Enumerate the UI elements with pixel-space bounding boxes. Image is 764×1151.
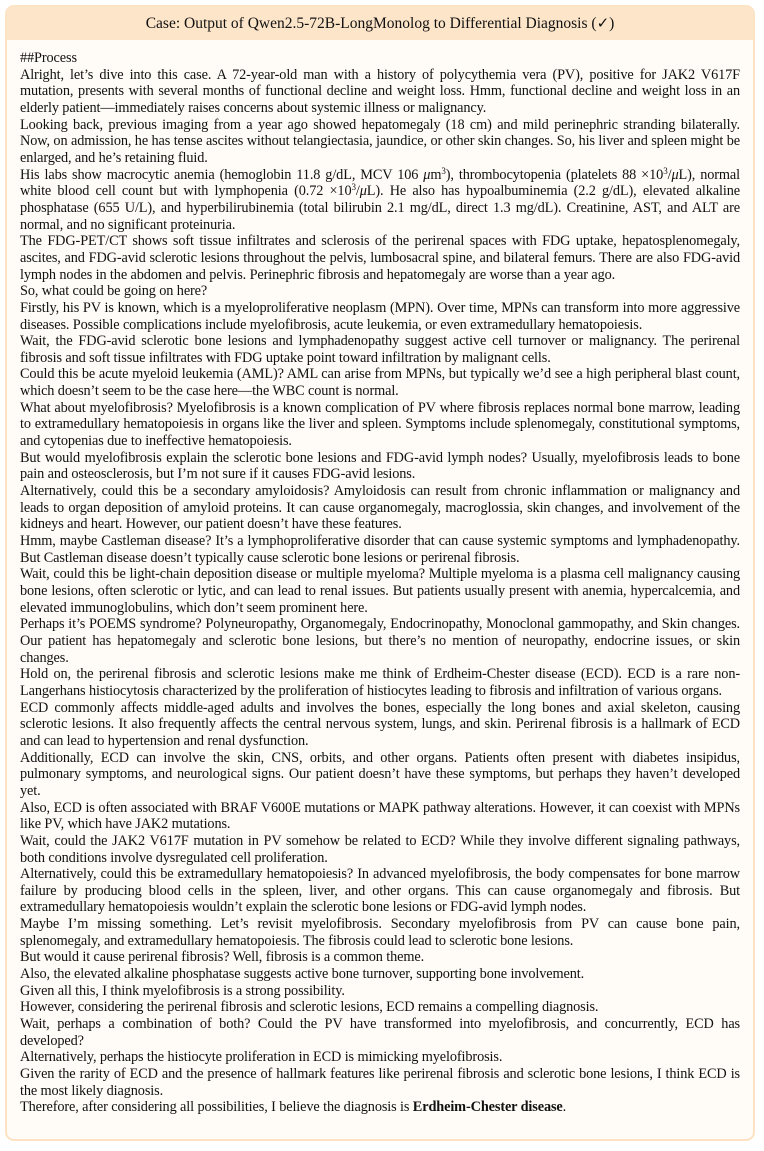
paragraph: Perhaps it’s POEMS syndrome? Polyneuropa… <box>20 616 740 666</box>
paragraph: Firstly, his PV is known, which is a mye… <box>20 300 740 333</box>
paragraph: Also, the elevated alkaline phosphatase … <box>20 966 740 983</box>
labs-text: ), thrombocytopenia (platelets 88 ×10 <box>446 167 663 183</box>
paragraph: Could this be acute myeloid leukemia (AM… <box>20 366 740 399</box>
paragraph: Given all this, I think myelofibrosis is… <box>20 983 740 1000</box>
paragraph: Alternatively, could this be a secondary… <box>20 483 740 533</box>
case-header: Case: Output of Qwen2.5-72B-LongMonolog … <box>7 7 753 40</box>
paragraph: Alternatively, perhaps the histiocyte pr… <box>20 1049 740 1066</box>
paragraph: Looking back, previous imaging from a ye… <box>20 117 740 167</box>
case-title: Case: Output of Qwen2.5-72B-LongMonolog … <box>146 15 597 32</box>
section-heading: ##Process <box>20 50 740 67</box>
unit-m: m <box>430 167 441 183</box>
paragraph: Additionally, ECD can involve the skin, … <box>20 750 740 800</box>
paragraph-labs: His labs show macrocytic anemia (hemoglo… <box>20 167 740 234</box>
paragraph: But would it cause perirenal fibrosis? W… <box>20 949 740 966</box>
case-card: Case: Output of Qwen2.5-72B-LongMonolog … <box>5 5 755 1141</box>
paragraph: Wait, the FDG-avid sclerotic bone lesion… <box>20 333 740 366</box>
case-title-close: ) <box>609 15 614 32</box>
paragraph: What about myelofibrosis? Myelofibrosis … <box>20 400 740 450</box>
paragraph: Also, ECD is often associated with BRAF … <box>20 800 740 833</box>
mu-symbol: μ <box>671 167 678 183</box>
paragraph: But would myelofibrosis explain the scle… <box>20 450 740 483</box>
final-period: . <box>563 1099 566 1115</box>
labs-text: His labs show macrocytic anemia (hemoglo… <box>20 167 423 183</box>
paragraph: Given the rarity of ECD and the presence… <box>20 1066 740 1099</box>
paragraph: Hold on, the perirenal fibrosis and scle… <box>20 666 740 699</box>
paragraph: Maybe I’m missing something. Let’s revis… <box>20 916 740 949</box>
final-diagnosis: Therefore, after considering all possibi… <box>20 1099 740 1116</box>
paragraph: So, what could be going on here? <box>20 283 740 300</box>
final-text: Therefore, after considering all possibi… <box>20 1099 413 1115</box>
paragraph: Alright, let’s dive into this case. A 72… <box>20 67 740 117</box>
paragraph: ECD commonly affects middle-aged adults … <box>20 700 740 750</box>
checkmark-icon: ✓ <box>597 14 610 32</box>
case-body: ##Process Alright, let’s dive into this … <box>7 40 753 1116</box>
paragraph: Hmm, maybe Castleman disease? It’s a lym… <box>20 533 740 566</box>
paragraph: Wait, could the JAK2 V617F mutation in P… <box>20 833 740 866</box>
diagnosis-name: Erdheim-Chester disease <box>413 1099 563 1115</box>
paragraph: However, considering the perirenal fibro… <box>20 999 740 1016</box>
paragraph: Wait, perhaps a combination of both? Cou… <box>20 1016 740 1049</box>
paragraph: The FDG-PET/CT shows soft tissue infiltr… <box>20 233 740 283</box>
paragraph: Alternatively, could this be extramedull… <box>20 866 740 916</box>
paragraph: Wait, could this be light-chain depositi… <box>20 566 740 616</box>
mu-symbol: μ <box>360 183 367 199</box>
